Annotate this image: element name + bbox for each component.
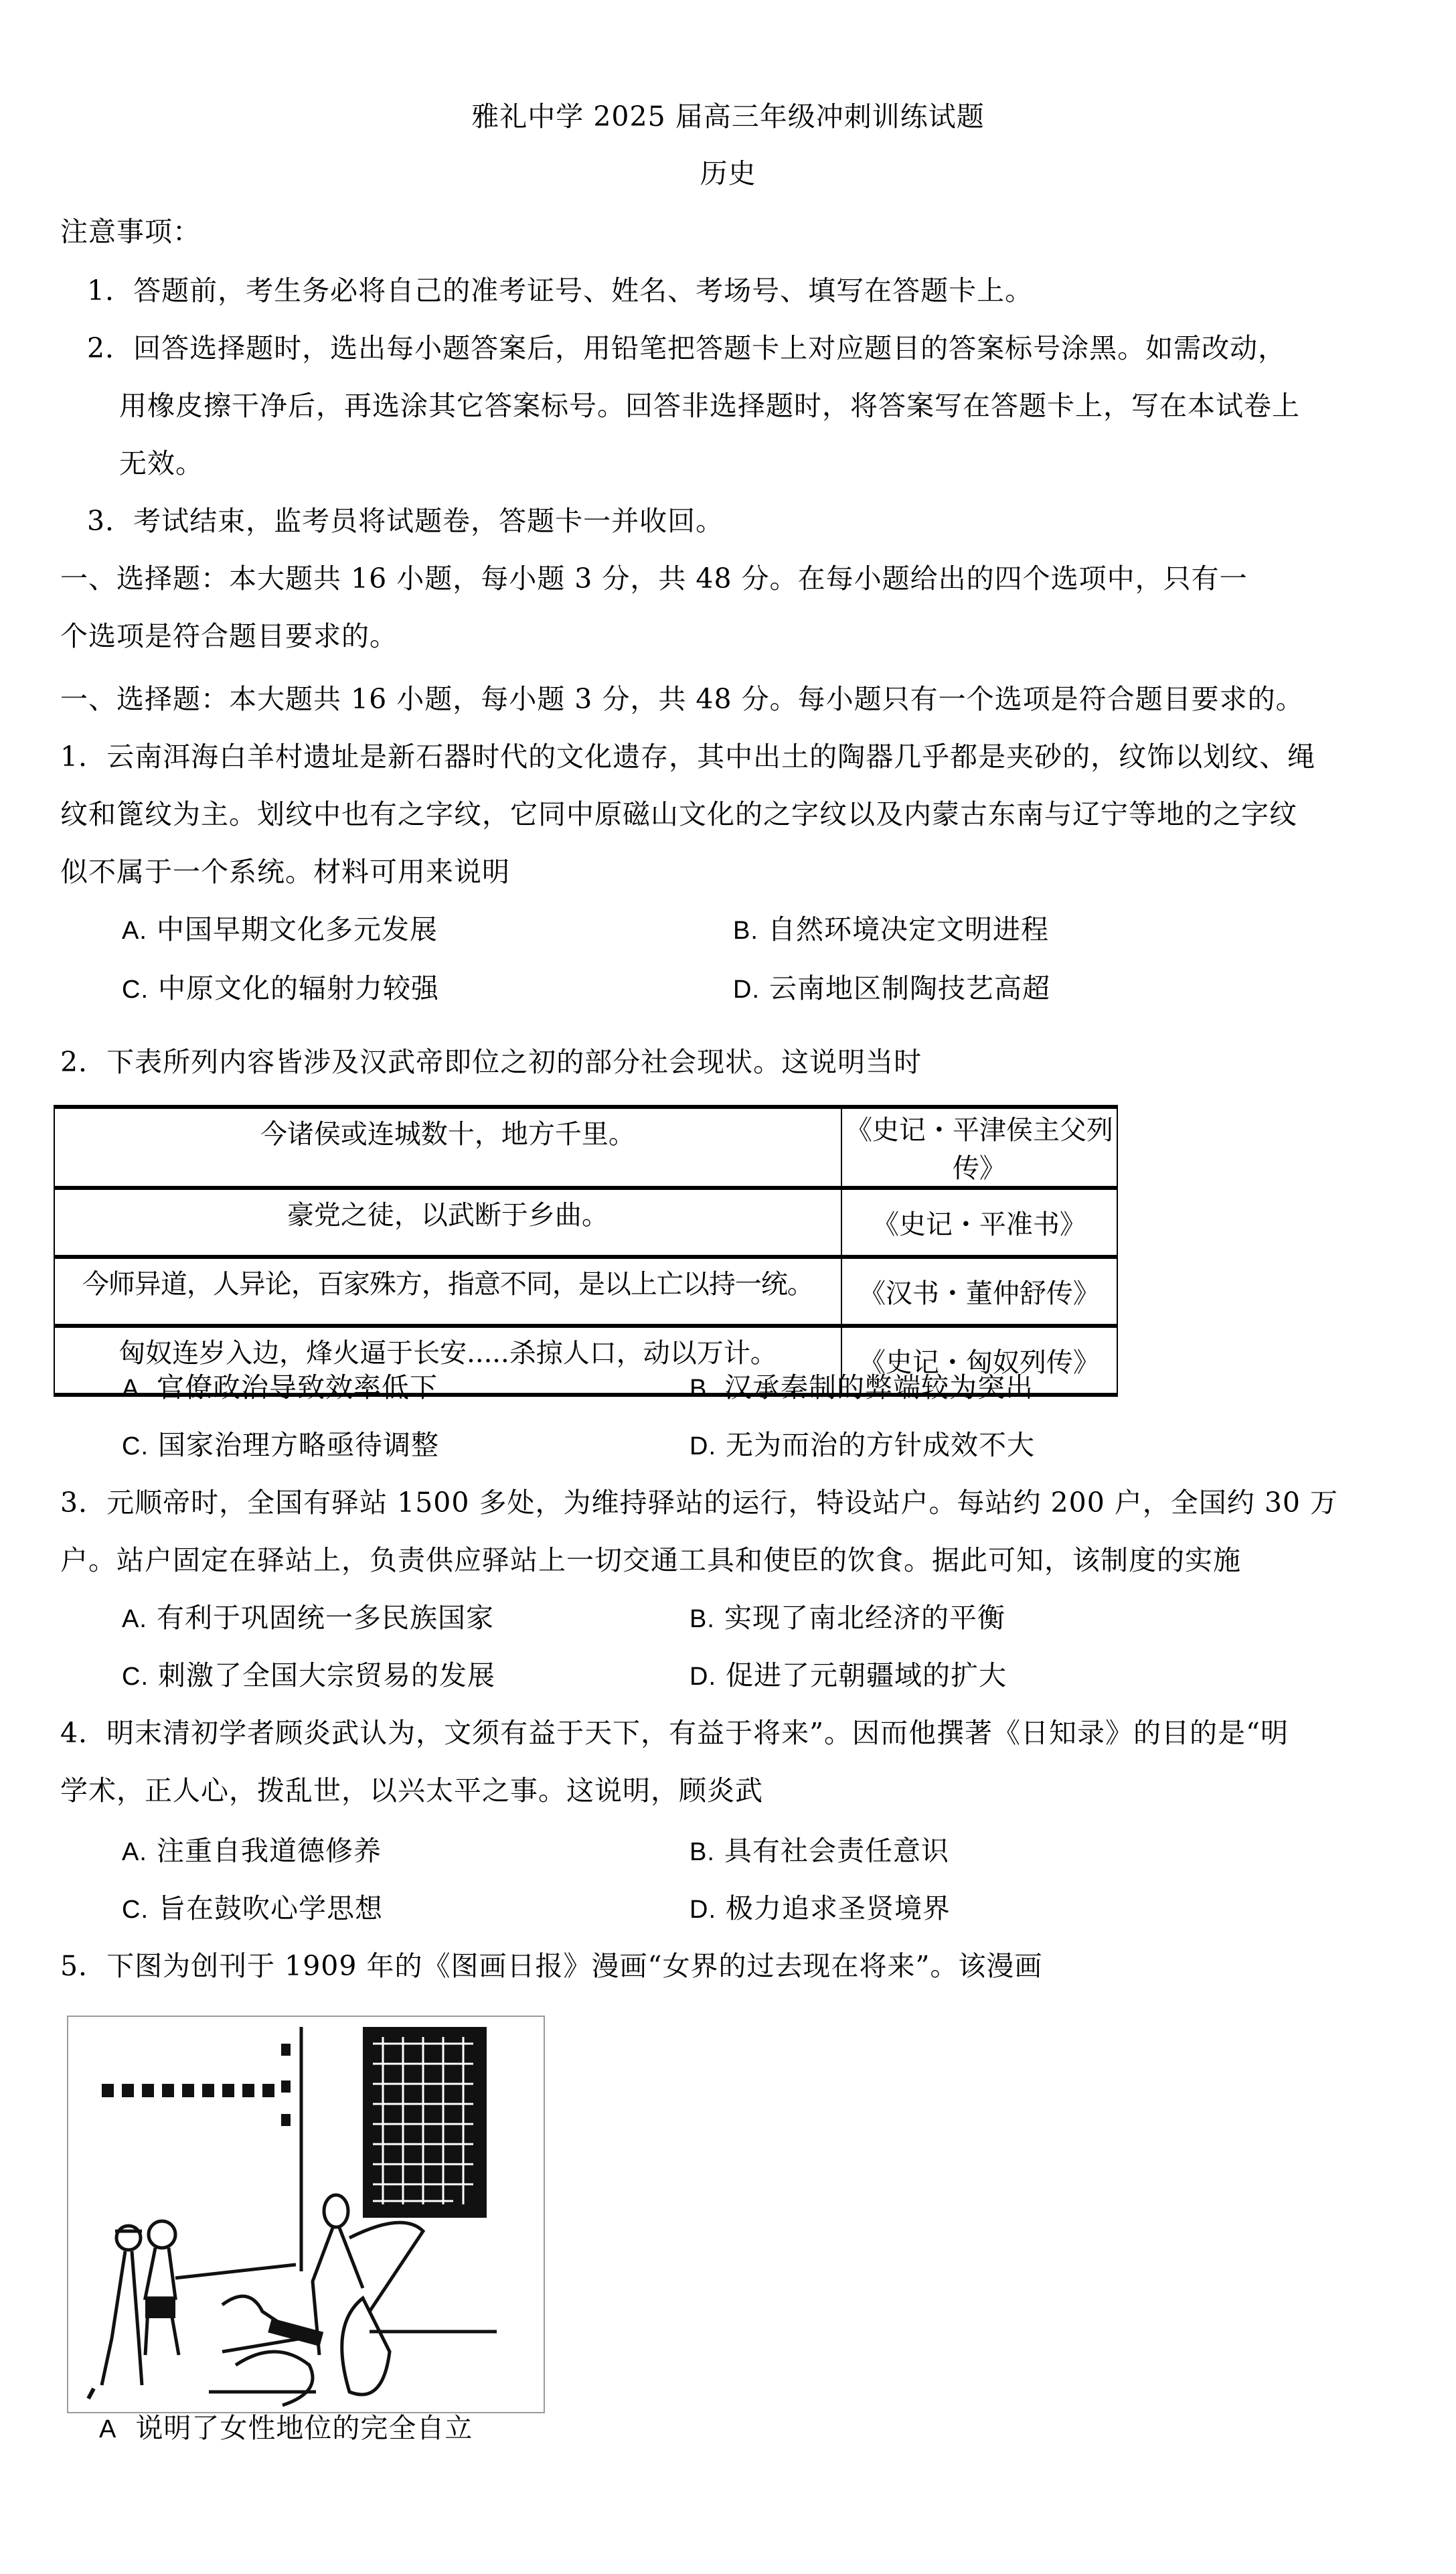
question-2-option-d[interactable]: D. 无为而治的方针成效不大	[690, 1428, 1035, 1464]
question-4-option-d[interactable]: D. 极力追求圣贤境界	[690, 1891, 951, 1927]
table-cell-quote: 豪党之徒，以武断于乡曲。	[54, 1188, 841, 1257]
question-3-option-a[interactable]: A. 有利于巩固统一多民族国家	[122, 1600, 494, 1637]
question-1-option-d[interactable]: D. 云南地区制陶技艺高超	[733, 971, 1050, 1007]
question-4-option-a[interactable]: A. 注重自我道德修养	[122, 1833, 382, 1870]
notice-heading: 注意事项：	[60, 214, 201, 249]
exam-title: 雅礼中学 2025 届高三年级冲刺训练试题	[0, 99, 1456, 134]
question-3-option-d[interactable]: D. 促进了元朝疆域的扩大	[690, 1658, 1007, 1694]
notice-item-3: 3．考试结束，监考员将试题卷，答题卡一并收回。	[87, 504, 724, 538]
question-2-stem: 2．下表所列内容皆涉及汉武帝即位之初的部分社会现状。这说明当时	[60, 1045, 922, 1079]
question-3-option-b[interactable]: B. 实现了南北经济的平衡	[690, 1600, 1005, 1637]
table-cell-quote: 今诸侯或连城数十，地方千里。	[54, 1107, 841, 1188]
question-2-option-b[interactable]: B. 汉承秦制的弊端较为突出	[690, 1370, 1034, 1406]
exam-subject: 历史	[0, 156, 1456, 191]
table-cell-source: 《史记・平津侯主父列传》	[841, 1107, 1117, 1188]
question-1-option-a[interactable]: A. 中国早期文化多元发展	[122, 912, 438, 948]
table-cell-source: 《汉书・董仲舒传》	[841, 1257, 1117, 1326]
cartoon-illustration-icon	[68, 2017, 544, 2412]
section-intro-repeat: 一、选择题：本大题共 16 小题，每小题 3 分，共 48 分。每小题只有一个选…	[60, 682, 1304, 716]
question-4-option-b[interactable]: B. 具有社会责任意识	[690, 1833, 949, 1870]
notice-item-2: 2．回答选择题时，选出每小题答案后，用铅笔把答题卡上对应题目的答案标号涂黑。如需…	[87, 331, 1286, 366]
question-2-option-a[interactable]: A. 官僚政治导致效率低下	[122, 1370, 438, 1406]
question-2-source-table: 今诸侯或连城数十，地方千里。 《史记・平津侯主父列传》 豪党之徒，以武断于乡曲。…	[54, 1105, 1118, 1397]
section-intro-line-1: 一、选择题：本大题共 16 小题，每小题 3 分，共 48 分。在每小题给出的四…	[60, 561, 1248, 596]
question-4-stem-line-2: 学术，正人心，拨乱世，以兴太平之事。这说明，顾炎武	[60, 1773, 763, 1808]
notice-item-2-end: 无效。	[119, 446, 204, 481]
question-1-option-b[interactable]: B. 自然环境决定文明进程	[733, 912, 1049, 948]
question-2-option-c[interactable]: C. 国家治理方略亟待调整	[122, 1428, 439, 1464]
question-3-stem-line-1: 3．元顺帝时，全国有驿站 1500 多处，为维持驿站的运行，特设站户。每站约 2…	[60, 1485, 1338, 1520]
notice-item-2-cont: 用橡皮擦干净后，再选涂其它答案标号。回答非选择题时，将答案写在答题卡上，写在本试…	[119, 388, 1300, 423]
table-row: 豪党之徒，以武断于乡曲。 《史记・平准书》	[54, 1188, 1117, 1257]
question-3-stem-line-2: 户。站户固定在驿站上，负责供应驿站上一切交通工具和使臣的饮食。据此可知，该制度的…	[60, 1543, 1241, 1578]
question-1-stem-line-1: 1．云南洱海白羊村遗址是新石器时代的文化遗存，其中出土的陶器几乎都是夹砂的，纹饰…	[60, 739, 1315, 774]
table-cell-quote: 今师异道，人异论，百家殊方，指意不同，是以上亡以持一统。	[54, 1257, 841, 1326]
table-row: 今师异道，人异论，百家殊方，指意不同，是以上亡以持一统。 《汉书・董仲舒传》	[54, 1257, 1117, 1326]
question-3-option-c[interactable]: C. 刺激了全国大宗贸易的发展	[122, 1658, 495, 1694]
cartoon-image	[67, 2016, 545, 2413]
question-5-option-a[interactable]: A 说明了女性地位的完全自立	[99, 2411, 473, 2447]
section-intro-line-2: 个选项是符合题目要求的。	[60, 619, 398, 654]
table-row: 今诸侯或连城数十，地方千里。 《史记・平津侯主父列传》	[54, 1107, 1117, 1188]
notice-item-1: 1．答题前，考生务必将自己的准考证号、姓名、考场号、填写在答题卡上。	[87, 273, 1033, 308]
question-4-stem-line-1: 4．明末清初学者顾炎武认为，文须有益于天下，有益于将来”。因而他撰著《日知录》的…	[60, 1716, 1289, 1750]
question-1-option-c[interactable]: C. 中原文化的辐射力较强	[122, 971, 439, 1007]
question-1-stem-line-2: 纹和篦纹为主。划纹中也有之字纹，它同中原磁山文化的之字纹以及内蒙古东南与辽宁等地…	[60, 797, 1297, 832]
table-cell-source: 《史记・平准书》	[841, 1188, 1117, 1257]
question-5-stem: 5．下图为创刊于 1909 年的《图画日报》漫画“女界的过去现在将来”。该漫画	[60, 1949, 1042, 1983]
question-1-stem-line-3: 似不属于一个系统。材料可用来说明	[60, 854, 510, 889]
question-4-option-c[interactable]: C. 旨在鼓吹心学思想	[122, 1891, 383, 1927]
